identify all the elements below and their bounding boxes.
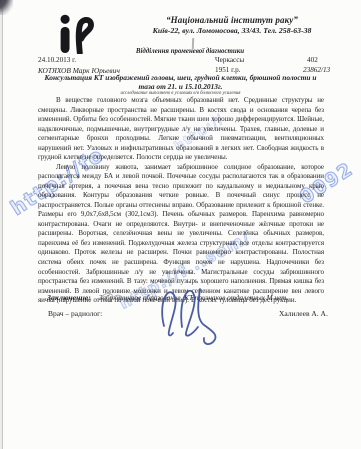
pen-scribble-mark xyxy=(98,290,124,304)
department-title: Відділення променевої діагностики xyxy=(30,48,350,55)
scanned-report-page: http:// http://fo 0092 http://f...som/ “… xyxy=(0,0,361,449)
letterhead: “Національний інститут раку” Київ-22, ву… xyxy=(104,15,360,35)
scan-corner-artifact xyxy=(0,0,13,15)
doctor-role-label: Врач – радиолог: xyxy=(48,309,102,318)
paper-edge-line xyxy=(2,0,3,449)
study-conditions-note: исследование выполнено в условиях в/в бо… xyxy=(0,91,361,96)
report-date: 24.10.2013 г. xyxy=(38,56,76,64)
institute-name: “Національний інститут раку” xyxy=(104,15,360,26)
patient-city: Черкассы xyxy=(215,56,244,64)
doctor-signature xyxy=(148,281,244,347)
findings-paragraph-1: В веществе головного мозга объемных обра… xyxy=(38,96,324,163)
doctor-name: Халилеев А. А. xyxy=(279,309,328,318)
cabinet-number: 402 xyxy=(307,56,318,64)
report-title-line1: Консультация КТ изображений головы, шеи,… xyxy=(0,73,361,82)
institute-address: Київ-22, вул. Ломоносова, 33/43. Тел. 25… xyxy=(104,26,360,35)
conclusion-label: Заключение: xyxy=(47,293,91,302)
